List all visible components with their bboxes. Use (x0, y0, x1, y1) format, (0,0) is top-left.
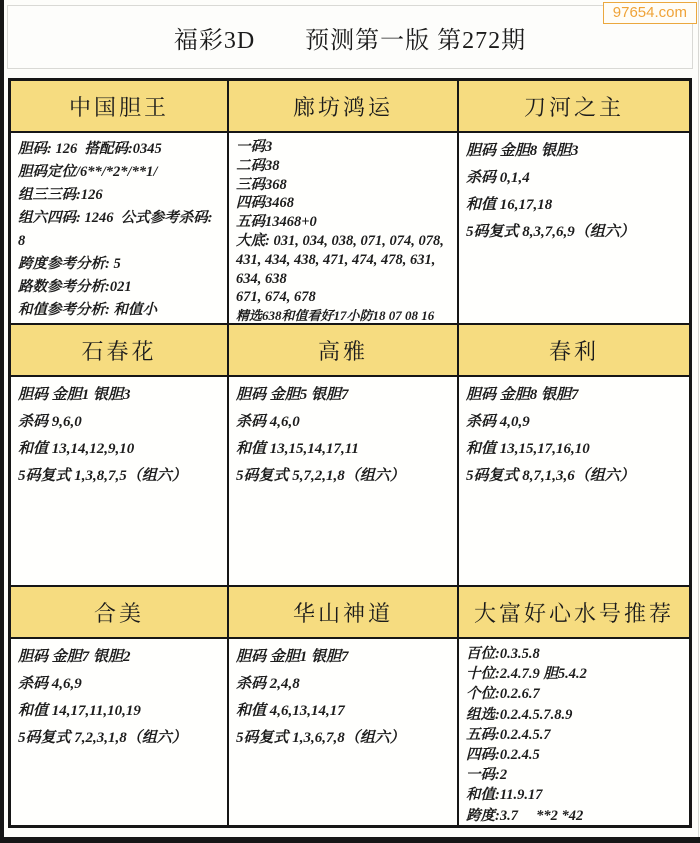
panel-line: 胆码 金胆8 银胆7 (466, 382, 682, 409)
panel-line: 杀码 4,0,9 (466, 409, 682, 436)
panel-line: 和值 16,17,18 (466, 192, 682, 219)
panel-line: 431, 434, 438, 471, 474, 478, 631, (236, 251, 450, 270)
panel-line: 634, 638 (236, 270, 450, 289)
panel-line: 大底: 031, 034, 038, 071, 074, 078, (236, 232, 450, 251)
prediction-panel: 中国胆王 胆码: 126 搭配码:0345胆码定位/6**/*2*/**1/组三… (11, 81, 229, 325)
panel-line: 5码复式 8,3,7,6,9（组六） (466, 219, 682, 246)
panel-line: 胆码定位/6**/*2*/**1/ (18, 161, 220, 184)
panel-content: 一码3二码38三码368四码3468五码13468+0大底: 031, 034,… (229, 133, 457, 325)
panel-line: 胆码 金胆1 银胆7 (236, 644, 450, 671)
panel-line: 杀码 2,4,8 (236, 671, 450, 698)
prediction-panel: 廊坊鸿运 一码3二码38三码368四码3468五码13468+0大底: 031,… (229, 81, 459, 325)
panel-title: 高雅 (229, 325, 457, 377)
page-title: 福彩3D 预测第一版 第272期 (174, 20, 526, 55)
panel-content: 胆码 金胆1 银胆7杀码 2,4,8和值 4,6,13,14,175码复式 1,… (229, 639, 457, 825)
panel-line: 胆码: 126 搭配码:0345 (18, 138, 220, 161)
panel-line: 671, 674, 678 (236, 288, 450, 307)
panel-line: 5码复式 5,7,2,1,8（组六） (236, 463, 450, 490)
panel-line: 和值 13,15,17,16,10 (466, 436, 682, 463)
panel-line: 5码复式 7,2,3,1,8（组六） (18, 725, 220, 752)
panel-line: 一码3 (236, 138, 450, 157)
panel-line: 五码13468+0 (236, 213, 450, 232)
panel-line: 百位:0.3.5.8 (466, 644, 682, 664)
page-left-edge (0, 0, 4, 843)
panel-line: 胆码 金胆1 银胆3 (18, 382, 220, 409)
prediction-panel: 华山神道 胆码 金胆1 银胆7杀码 2,4,8和值 4,6,13,14,175码… (229, 587, 459, 825)
panel-line: 杀码 4,6,0 (236, 409, 450, 436)
panel-line: 5码复式 8,7,1,3,6（组六） (466, 463, 682, 490)
panel-line: 一码:2 (466, 765, 682, 785)
panel-line: 胆码 金胆8 银胆3 (466, 138, 682, 165)
panel-line: 路数参考分析:021 (18, 276, 220, 299)
prediction-panel: 合美 胆码 金胆7 银胆2杀码 4,6,9和值 14,17,11,10,195码… (11, 587, 229, 825)
panel-content: 胆码 金胆7 银胆2杀码 4,6,9和值 14,17,11,10,195码复式 … (11, 639, 227, 825)
prediction-panel: 大富好心水号推荐 百位:0.3.5.8十位:2.4.7.9 胆5.4.2个位:0… (459, 587, 689, 825)
panel-line: 和值 13,15,14,17,11 (236, 436, 450, 463)
panel-title: 石春花 (11, 325, 227, 377)
panel-line: 组六四码: 1246 公式参考杀码: 8 (18, 207, 220, 253)
prediction-panel: 春利 胆码 金胆8 银胆7杀码 4,0,9和值 13,15,17,16,105码… (459, 325, 689, 587)
panel-title: 华山神道 (229, 587, 457, 639)
panel-title: 合美 (11, 587, 227, 639)
panel-content: 胆码 金胆5 银胆7杀码 4,6,0和值 13,15,14,17,115码复式 … (229, 377, 457, 585)
page-right-edge (698, 0, 699, 843)
watermark: 97654.com (603, 2, 697, 24)
page-bottom-edge (0, 837, 700, 843)
panel-line: 个位:0.2.6.7 (466, 684, 682, 704)
panel-content: 胆码 金胆8 银胆7杀码 4,0,9和值 13,15,17,16,105码复式 … (459, 377, 689, 585)
prediction-panel: 刀河之主 胆码 金胆8 银胆3杀码 0,1,4和值 16,17,185码复式 8… (459, 81, 689, 325)
prediction-panel: 高雅 胆码 金胆5 银胆7杀码 4,6,0和值 13,15,14,17,115码… (229, 325, 459, 587)
panel-line: 二码38 (236, 157, 450, 176)
panel-line: 5码复式 1,3,8,7,5（组六） (18, 463, 220, 490)
panel-title: 春利 (459, 325, 689, 377)
panel-line: 胆码 金胆7 银胆2 (18, 644, 220, 671)
panel-title: 中国胆王 (11, 81, 227, 133)
panel-line: 杀码 9,6,0 (18, 409, 220, 436)
panel-line: 胆码 金胆5 银胆7 (236, 382, 450, 409)
panel-content: 胆码: 126 搭配码:0345胆码定位/6**/*2*/**1/组三三码:12… (11, 133, 227, 325)
panel-line: 跨度参考分析: 5 (18, 253, 220, 276)
panel-line: 杀码 0,1,4 (466, 165, 682, 192)
panel-line: 四码:0.2.4.5 (466, 745, 682, 765)
prediction-table: 中国胆王 胆码: 126 搭配码:0345胆码定位/6**/*2*/**1/组三… (8, 78, 692, 828)
panel-line: 和值 4,6,13,14,17 (236, 698, 450, 725)
panel-content: 胆码 金胆1 银胆3杀码 9,6,0和值 13,14,12,9,105码复式 1… (11, 377, 227, 585)
title-bar: 福彩3D 预测第一版 第272期 (7, 5, 693, 69)
panel-line: 跨度:3.7 **2 *42 (466, 806, 682, 825)
panel-content: 胆码 金胆8 银胆3杀码 0,1,4和值 16,17,185码复式 8,3,7,… (459, 133, 689, 323)
panel-line: 十位:2.4.7.9 胆5.4.2 (466, 664, 682, 684)
panel-line: 和值 13,14,12,9,10 (18, 436, 220, 463)
panel-line: 组三三码:126 (18, 184, 220, 207)
panel-line: 四码3468 (236, 194, 450, 213)
panel-title: 廊坊鸿运 (229, 81, 457, 133)
panel-line: 和值:11.9.17 (466, 785, 682, 805)
panel-line: 精选638和值看好17小防18 07 08 16 (236, 307, 450, 325)
prediction-panel: 石春花 胆码 金胆1 银胆3杀码 9,6,0和值 13,14,12,9,105码… (11, 325, 229, 587)
panel-line: 和值参考分析: 和值小 (18, 299, 220, 322)
panel-line: 和值 14,17,11,10,19 (18, 698, 220, 725)
panel-title: 刀河之主 (459, 81, 689, 133)
panel-content: 百位:0.3.5.8十位:2.4.7.9 胆5.4.2个位:0.2.6.7组选:… (459, 639, 689, 825)
panel-line: 5码复式 1,3,6,7,8（组六） (236, 725, 450, 752)
panel-line: 三码368 (236, 176, 450, 195)
panel-title: 大富好心水号推荐 (459, 587, 689, 639)
panel-line: 杀码 4,6,9 (18, 671, 220, 698)
panel-line: 五码:0.2.4.5.7 (466, 725, 682, 745)
panel-line: 组选:0.2.4.5.7.8.9 (466, 705, 682, 725)
